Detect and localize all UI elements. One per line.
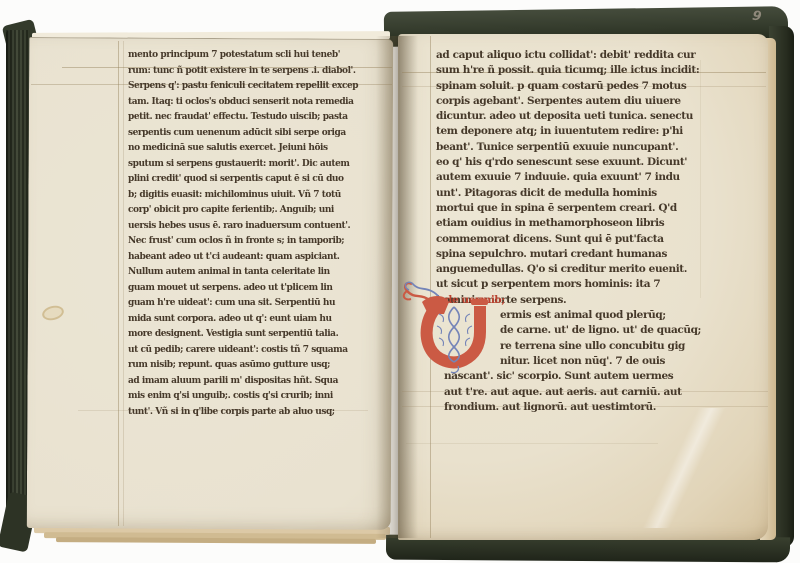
manuscript-line: corpis agebant'. Serpentes autem diu uiu… bbox=[436, 94, 764, 109]
ruling-line bbox=[406, 443, 658, 444]
manuscript-line: mida sunt corpora. adeo ut q': eunt uiam… bbox=[128, 312, 360, 328]
manuscript-line: aut t're. aut aque. aut aeris. aut carni… bbox=[436, 385, 764, 400]
manuscript-line: b; digitis euasit: michilominus uiuit. V… bbox=[128, 188, 360, 204]
initial-filigree-dot bbox=[453, 326, 456, 329]
manuscript-line: rum: tunc ñ potit existere in te serpens… bbox=[128, 64, 360, 80]
manuscript-line: commemorat dicens. Sunt qui ē put'facta bbox=[436, 232, 764, 247]
manuscript-line: mento principum 7 potestatum scli hui te… bbox=[128, 48, 360, 64]
manuscript-line: anguemedullas. Q'o si creditur merito eu… bbox=[436, 262, 764, 277]
manuscript-line: sputum si serpens gustauerit: morit'. Di… bbox=[128, 157, 360, 173]
ruling-line bbox=[118, 41, 119, 526]
manuscript-photo: mento principum 7 potestatum scli hui te… bbox=[0, 0, 800, 563]
left-page-text: mento principum 7 potestatum scli hui te… bbox=[128, 48, 360, 420]
initial-filigree-blue bbox=[449, 307, 460, 362]
initial-filigree-blue bbox=[449, 307, 460, 362]
manuscript-line: petit. nec fraudat' effectu. Testudo uis… bbox=[128, 110, 360, 126]
manuscript-line: plini credit' quod si serpentis caput ē … bbox=[128, 172, 360, 188]
left-page-text-lines: mento principum 7 potestatum scli hui te… bbox=[128, 48, 360, 420]
manuscript-line: mis enim q'si unguib;. costis q'si cruri… bbox=[128, 389, 360, 405]
manuscript-line: serpentis cum uenenum adūcit sibi serpe … bbox=[128, 126, 360, 142]
manuscript-line: frondium. aut lignorū. aut uestimtorū. bbox=[436, 400, 764, 415]
manuscript-line: rum nisib; repunt. quas asūmo gutture us… bbox=[128, 358, 360, 374]
manuscript-line: spinam soluit. p quam costarū pedes 7 mo… bbox=[436, 79, 764, 94]
initial-letter-body bbox=[427, 306, 480, 362]
manuscript-line: tem deponere atq; in iuuentutem redire: … bbox=[436, 124, 764, 139]
manuscript-line: no medicinā sue salutis exercet. Jeiuni … bbox=[128, 141, 360, 157]
manuscript-line: corp' obicit pro capite ferientib;. Angu… bbox=[128, 203, 360, 219]
manuscript-line: tunt'. Vñ si in q'libe corpis parte ab a… bbox=[128, 405, 360, 421]
manuscript-line: uersis hebes usus ē. raro inaduersum con… bbox=[128, 219, 360, 235]
initial-letter-bar-serif bbox=[471, 299, 488, 305]
folio-number: 9 bbox=[751, 9, 774, 30]
manuscript-line: beant'. Tunice serpentiū exuuie nuncupan… bbox=[436, 140, 764, 155]
manuscript-line: ad caput aliquo ictu collidat': debit' r… bbox=[436, 48, 764, 63]
ruling-line bbox=[123, 41, 124, 526]
initial-filigree-scallop bbox=[466, 314, 473, 346]
manuscript-line: unt'. Pitagoras dicit de medulla hominis bbox=[436, 186, 764, 201]
manuscript-line: mortui que in spina ē serpentem creari. … bbox=[436, 201, 764, 216]
manuscript-line: eo q' his q'rdo senescunt sese exuunt. D… bbox=[436, 155, 764, 170]
page-edge-stack-bottom-left bbox=[56, 537, 376, 544]
manuscript-line: ut cū pedib; carere uideant': costis tñ … bbox=[128, 343, 360, 359]
manuscript-line: sum h're ñ possit. quia ticumq; ille ict… bbox=[436, 63, 764, 78]
illuminated-initial-v: V bbox=[398, 280, 502, 374]
manuscript-line: Nec frust' cum oclos ñ in fronte s; in t… bbox=[128, 234, 360, 250]
manuscript-line: guam h're uideat': cum una sit. Serpenti… bbox=[128, 296, 360, 312]
manuscript-line: dicuntur. adeo ut deposita ueti tunica. … bbox=[436, 109, 764, 124]
manuscript-line: tam. Itaq: ti oclos's obduci senserit no… bbox=[128, 95, 360, 111]
initial-filigree-scallop bbox=[437, 314, 444, 346]
manuscript-line: spina sepulchro. mutari credant humanas bbox=[436, 247, 764, 262]
manuscript-line: ad imam aluum parili m' dispositas hñt. … bbox=[128, 374, 360, 390]
initial-filigree-dot bbox=[453, 346, 456, 349]
manuscript-line: Serpens q': pastu feniculi cecitatem rep… bbox=[128, 79, 360, 95]
manuscript-line: more designent. Vestigia sunt serpentiū … bbox=[128, 327, 360, 343]
manuscript-line: etiam ouidius in methamorphoseon libris bbox=[436, 216, 764, 231]
manuscript-line: guam mouet ut serpens. adeo ut t'plicem … bbox=[128, 281, 360, 297]
illuminated-initial-drawing bbox=[398, 280, 502, 374]
parchment-crease bbox=[598, 408, 770, 528]
manuscript-line: autem exuuie 7 induuie. quia exuunt' 7 i… bbox=[436, 170, 764, 185]
manuscript-line: Nullum autem animal in tanta celeritate … bbox=[128, 265, 360, 281]
manuscript-line: habeant adeo ut t'ci audeant: quam aspic… bbox=[128, 250, 360, 266]
